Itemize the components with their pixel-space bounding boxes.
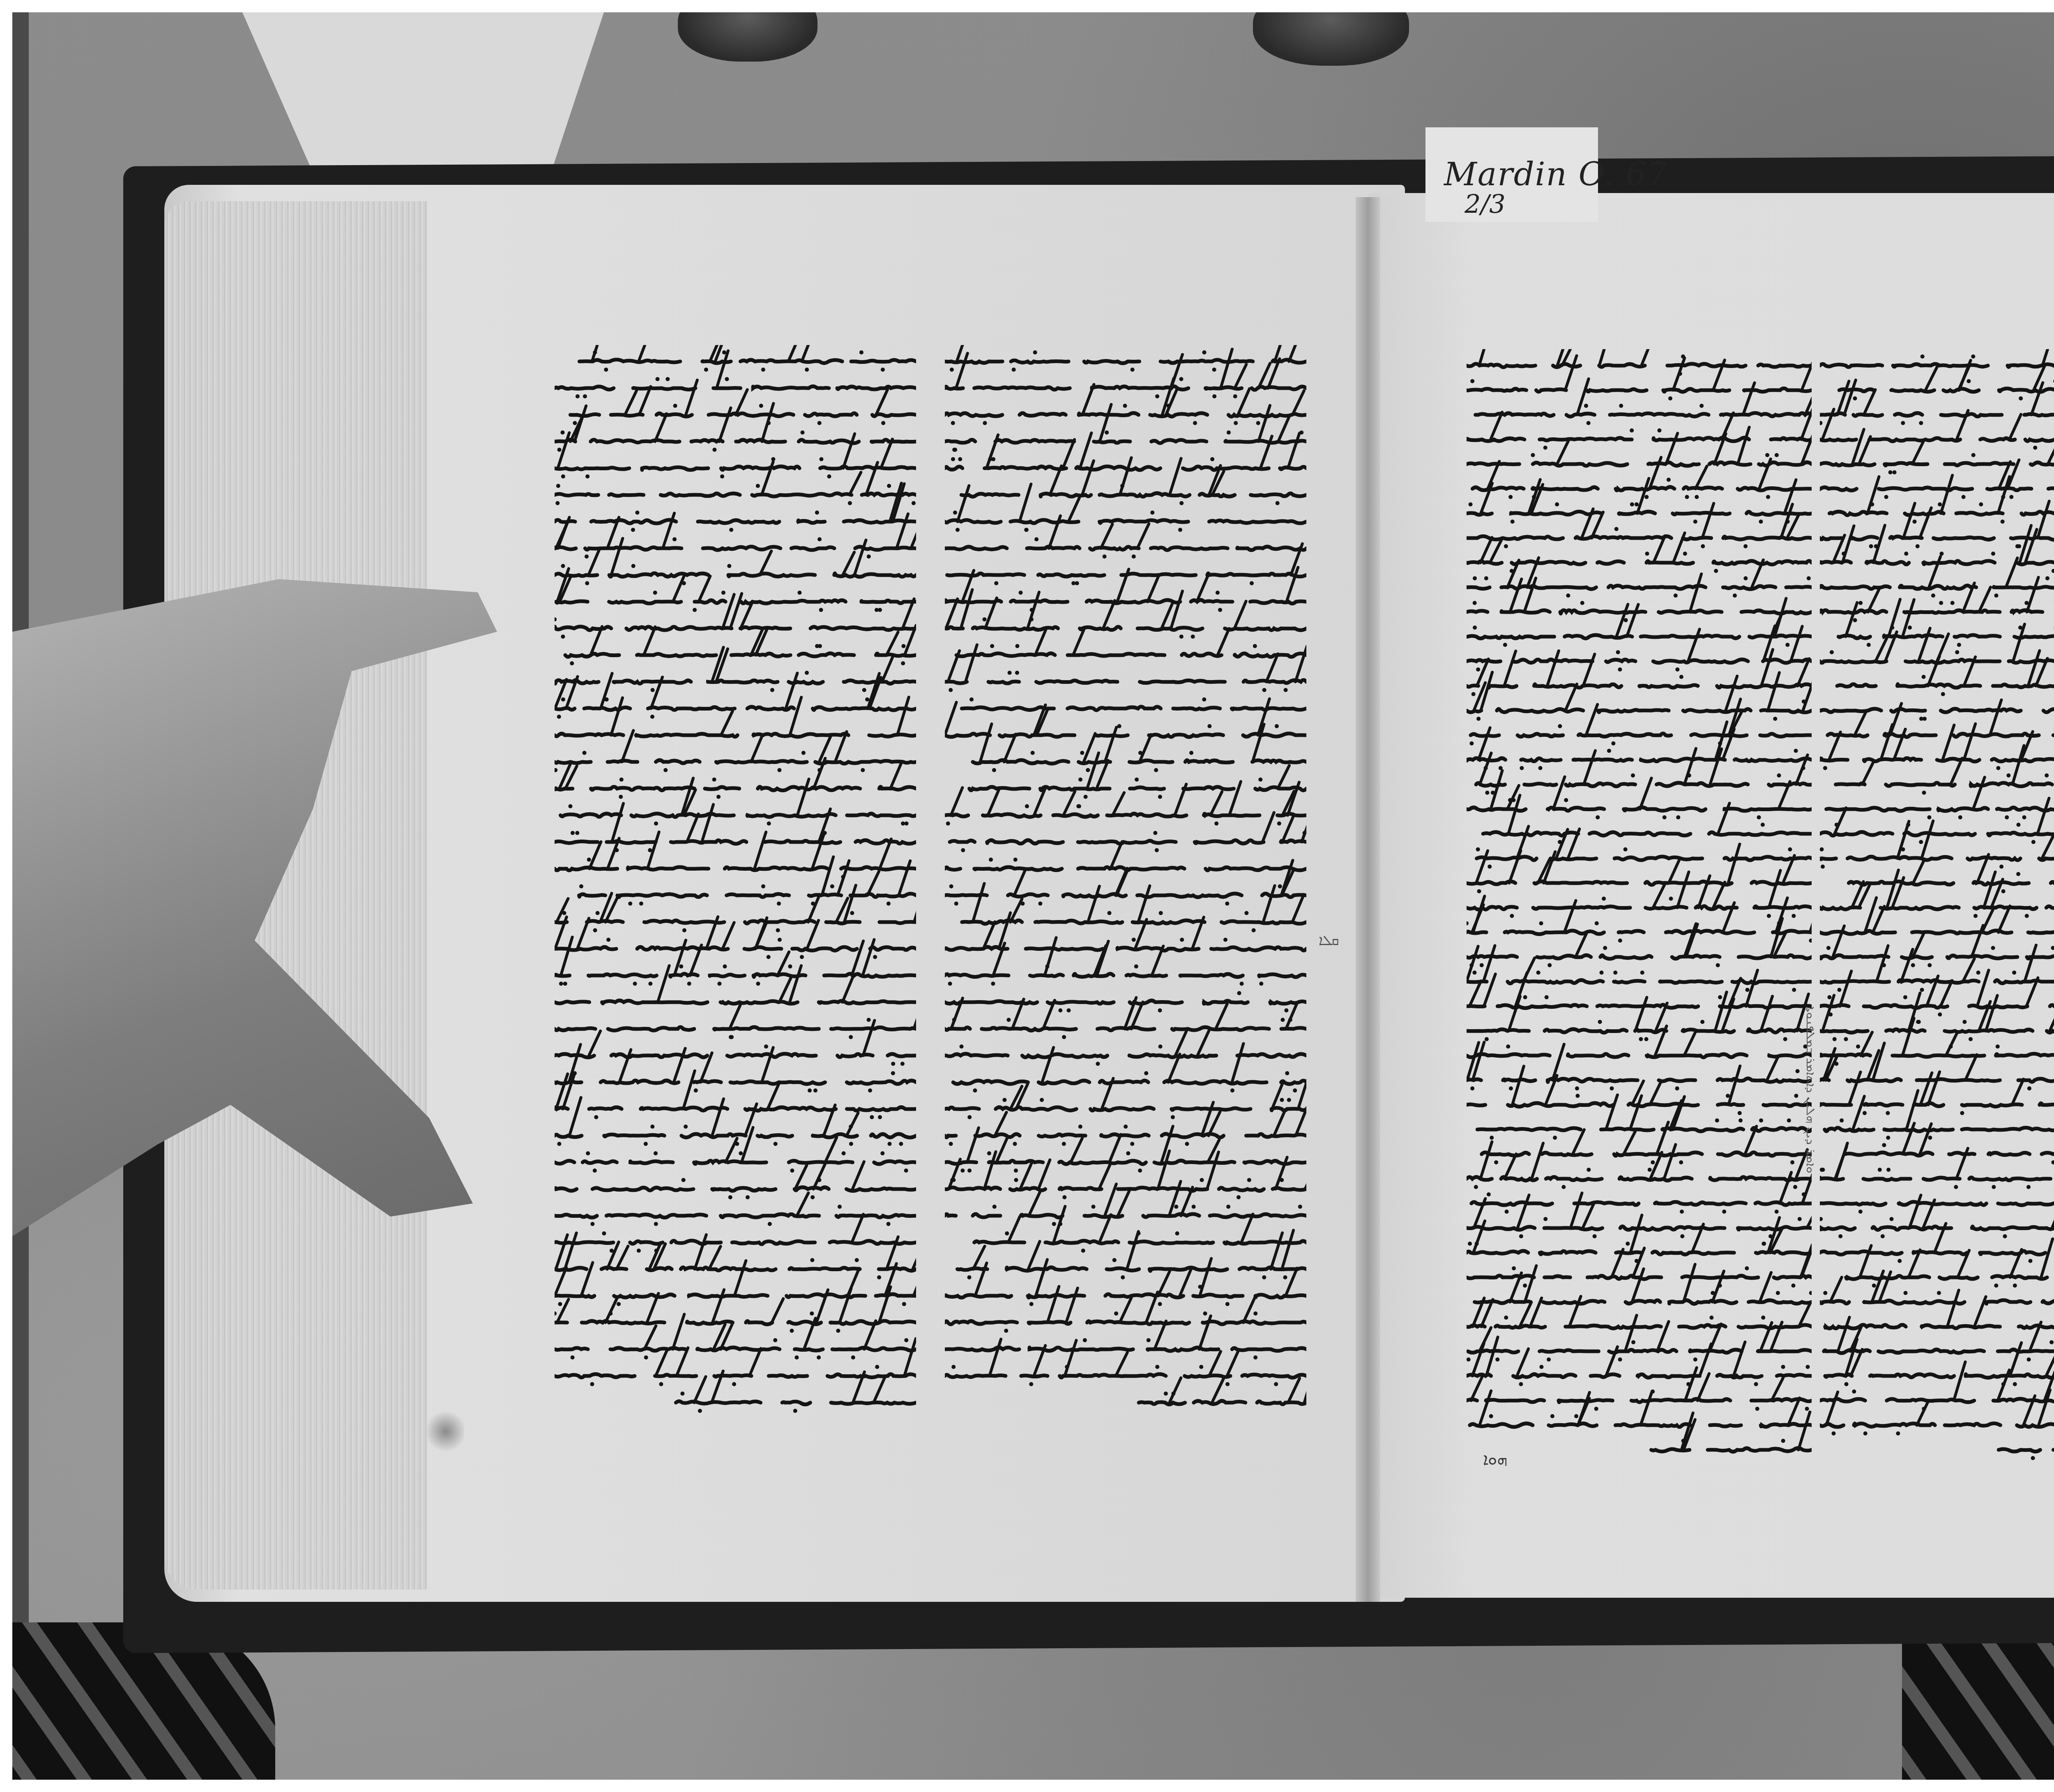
photo-frame: ܩܠܐ ܘܐܡܪ ܕܝܢ ܗܠܝܢ ܕܐܬܐܡܪ ܒܡܠܦܢܘܬܐ ܗܘܐ Ma… [12, 12, 2054, 1780]
gutter-marginal-note-left: ܩܠܐ [1319, 932, 1339, 949]
catchword: ܗܘܐ [1483, 1450, 1507, 1469]
sandal-bottom-right [1902, 1631, 2054, 1780]
shoe-top-right [1253, 12, 1409, 66]
folio-number-text: 2/3 [1465, 189, 1506, 219]
shoe-top-left [678, 12, 817, 62]
shelfmark-text: Mardin O. 67 [1444, 156, 1668, 193]
book-gutter [1356, 197, 1380, 1602]
footer-ornament-smudge [427, 1409, 464, 1454]
left-page-column-1 [555, 345, 916, 1446]
loose-paper-sheet-left [242, 12, 604, 177]
left-page-column-2 [945, 345, 1306, 1446]
gutter-marginal-note-right: ܘܐܡܪ ܕܝܢ ܗܠܝܢ ܕܐܬܐܡܪ ܒܡܠܦܢܘܬܐ [1803, 1006, 1818, 1360]
right-page-column-2 [1820, 349, 2054, 1491]
shelfmark-label-card: Mardin O. 67 2/3 [1425, 127, 1598, 222]
right-page-column-1 [1467, 349, 1812, 1491]
